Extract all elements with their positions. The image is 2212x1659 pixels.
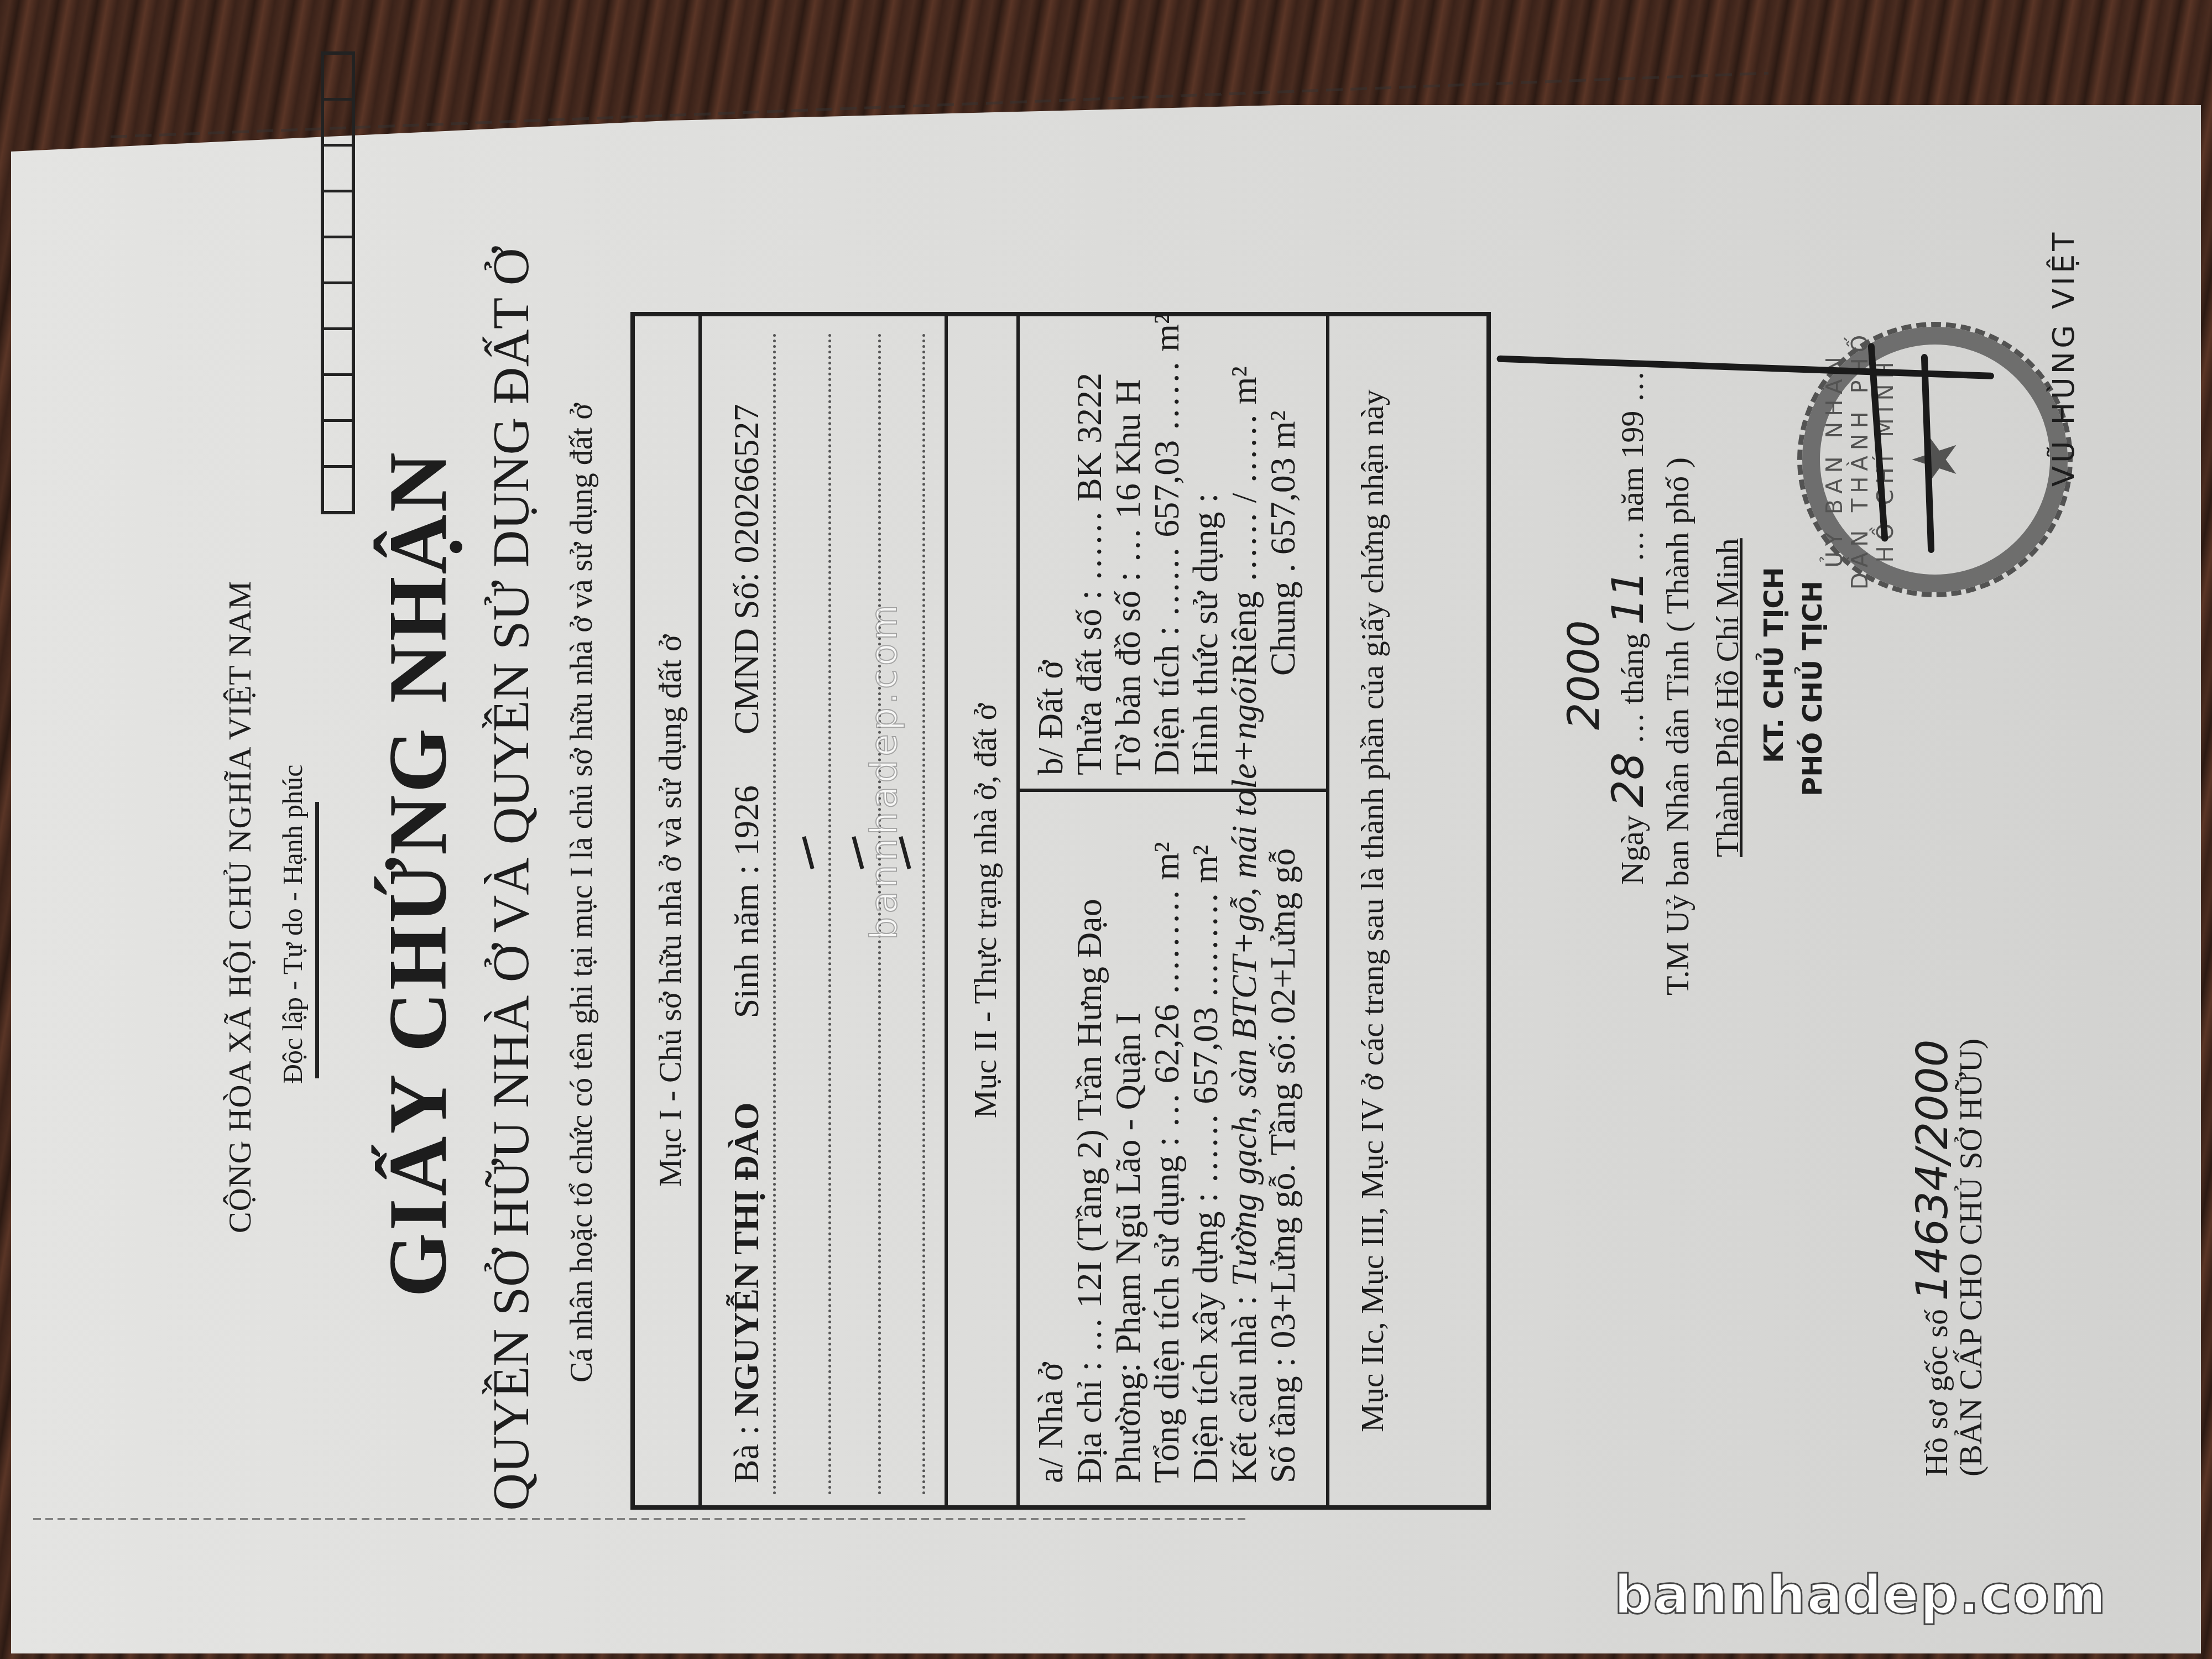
document-subtitle: QUYỀN SỞ HỮU NHÀ Ở VÀ QUYỀN SỬ DỤNG ĐẤT … — [481, 243, 541, 1515]
record-value: 14634/2000 — [1908, 1040, 1958, 1301]
section2-rule — [1016, 316, 1020, 1505]
copy-note: (BẢN CẤP CHO CHỦ SỞ HỮU) — [1952, 1039, 1989, 1477]
signatory-name: VŨ HÙNG VIỆT — [2046, 229, 2081, 487]
land-heading: b/ Đất ở — [1030, 660, 1071, 775]
structure-label: Kết cấu nhà : — [1224, 1296, 1264, 1483]
shared-label: Chung — [1263, 581, 1302, 676]
section2-heading: Mục II - Thực trạng nhà ở, đất ở — [967, 316, 1004, 1505]
signatory-title: KT. CHỦ TỊCH — [1759, 567, 1790, 763]
address-label: Địa chỉ : — [1070, 1361, 1109, 1483]
signatory-title-2: PHÓ CHỦ TỊCH — [1797, 581, 1828, 796]
map-sheet-row: Tờ bản đồ số : … 16 Khu H — [1108, 379, 1149, 775]
unit: m² — [1186, 845, 1225, 883]
blank-slash-mark — [802, 836, 814, 869]
birth-year: 1926 — [727, 785, 766, 856]
watermark-main: bannhadep.com — [1614, 1564, 2107, 1626]
private-use-row: Riêng …… / …… m² — [1224, 366, 1265, 676]
total-use-area-row: Tổng diện tích sử dụng : … 62,26 ……… m² — [1146, 842, 1187, 1483]
parcel-label: Thửa đất số : — [1070, 590, 1109, 775]
dotted-line — [773, 333, 776, 1494]
serial-number-boxes — [321, 51, 355, 514]
map-sheet-label: Tờ bản đồ số : — [1108, 572, 1147, 775]
month-value: 11 — [1604, 570, 1653, 625]
issue-date: Ngày 28 … tháng 11 … năm 199 … — [1604, 371, 1653, 885]
official-seal: ỦY BAN NHÂN DÂN THÀNH PHỐ HỒ CHÍ MINH ★ — [1797, 322, 2073, 597]
construction-area-row: Diện tích xây dựng : …… 657,03 ……… m² — [1185, 845, 1226, 1483]
day-value: 28 — [1604, 753, 1653, 807]
section1-rule — [698, 316, 702, 1505]
land-area-row: Diện tích : …… 657,03 …… m² — [1146, 314, 1187, 775]
country-header: CỘNG HÒA XÃ HỘI CHỦ NGHĨA VIỆT NAM — [221, 580, 258, 1233]
structure-row: Kết cấu nhà : Tường gạch, sàn BTCT+gỗ, m… — [1224, 677, 1265, 1483]
birth-year-label: Sinh năm : — [727, 865, 766, 1018]
id-number: 020266527 — [727, 404, 766, 564]
construction-area-label: Diện tích xây dựng : — [1186, 1193, 1225, 1483]
floors-label: Số tầng : — [1263, 1357, 1302, 1483]
ward-label: Phường: — [1108, 1363, 1147, 1483]
seal-star-icon: ★ — [1900, 432, 1971, 487]
year-label: năm 199 — [1614, 411, 1650, 522]
year-override: 2000 — [1559, 620, 1609, 730]
private-label: Riêng — [1224, 591, 1264, 676]
section2-rule-top — [945, 316, 948, 1505]
record-label: Hồ sơ gốc số — [1918, 1309, 1954, 1477]
house-address-row: Địa chỉ : … 12I (Tầng 2) Trần Hưng Đạo — [1069, 899, 1110, 1483]
dotted-line — [828, 333, 831, 1494]
ward-value: Phạm Ngũ Lão - Quận I — [1108, 1013, 1147, 1354]
land-area-value: 657,03 — [1147, 440, 1186, 538]
land-area-label: Diện tích : — [1147, 626, 1186, 775]
ward-row: Phường: Phạm Ngũ Lão - Quận I — [1108, 1013, 1149, 1483]
shared-use-row: Chung . 657,03 m² — [1262, 410, 1303, 676]
total-use-area-label: Tổng diện tích sử dụng : — [1147, 1136, 1186, 1483]
motto-underline — [315, 802, 319, 1078]
owner-name: NGUYỄN THỊ ĐÀO — [727, 1102, 766, 1416]
motto: Độc lập - Tự do - Hạnh phúc — [276, 765, 309, 1084]
private-value: / — [1224, 493, 1264, 503]
record-number: Hồ sơ gốc số 14634/2000 — [1908, 1040, 1958, 1477]
footer-rule — [1326, 316, 1329, 1505]
id-label: CMND Số: — [727, 572, 766, 734]
unit: m² — [1224, 366, 1264, 404]
city-name: Thành Phố Hồ Chí Minh — [1709, 538, 1746, 857]
column-divider — [1016, 789, 1326, 792]
footer-note: Mục IIc, Mục III, Mục IV ở các trang sau… — [1354, 316, 1391, 1505]
usage-form-row: Hình thức sử dụng : — [1185, 493, 1226, 775]
map-sheet-value: 16 Khu H — [1108, 379, 1147, 519]
unit: m² — [1147, 842, 1186, 880]
owner-prefix: Bà — [727, 1444, 766, 1483]
issue-year-handwritten: 2000 — [1559, 620, 1609, 730]
section1-heading: Mục I - Chủ sở hữu nhà ở và sử dụng đất … — [651, 316, 688, 1505]
floors-value: 03+Lửng gỗ. Tầng số: 02+Lửng gỗ — [1263, 848, 1302, 1349]
watermark-inline: bannhadep.com — [863, 601, 905, 940]
address-value: 12I (Tầng 2) Trần Hưng Đạo — [1070, 899, 1109, 1308]
shared-value: 657,03 — [1263, 457, 1302, 555]
house-heading: a/ Nhà ở — [1030, 1362, 1071, 1483]
certificate-table: Mục I - Chủ sở hữu nhà ở và sử dụng đất … — [630, 312, 1491, 1510]
total-use-area-value: 62,26 — [1147, 1004, 1186, 1083]
month-label: tháng — [1614, 633, 1650, 705]
parcel-row: Thửa đất số : …… BK 3222 — [1069, 373, 1110, 775]
structure-value: Tường gạch, sàn BTCT+gỗ, mái tole+ngói — [1224, 677, 1264, 1287]
unit: m² — [1263, 410, 1302, 448]
certificate-page: CỘNG HÒA XÃ HỘI CHỦ NGHĨA VIỆT NAM Độc l… — [221, 155, 2101, 1593]
day-label: Ngày — [1614, 815, 1650, 885]
construction-area-value: 657,03 — [1186, 1007, 1225, 1104]
intro-text: Cá nhân hoặc tổ chức có tên ghi tại mục … — [564, 403, 599, 1383]
document-title: GIẤY CHỨNG NHẬN — [371, 321, 466, 1427]
dotted-line — [922, 333, 925, 1494]
authority-line: T.M Uỷ ban Nhân dân Tỉnh ( Thành phố ) — [1659, 457, 1696, 995]
parcel-value: BK 3222 — [1070, 373, 1109, 502]
floors-row: Số tầng : 03+Lửng gỗ. Tầng số: 02+Lửng g… — [1262, 848, 1303, 1483]
unit: m² — [1147, 314, 1186, 352]
owner-line: Bà : NGUYỄN THỊ ĐÀO Sinh năm : 1926 CMND… — [726, 404, 767, 1483]
